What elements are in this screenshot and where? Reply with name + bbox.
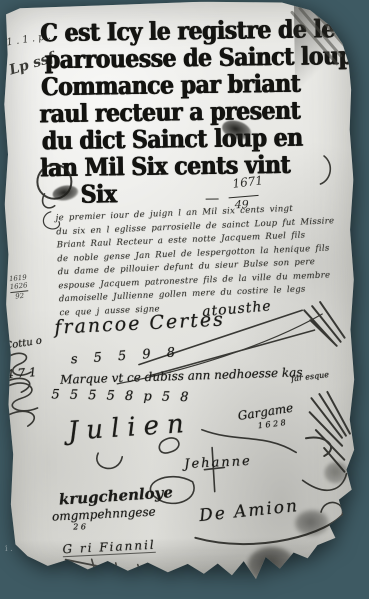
signature-marque-line: Marque vt ce dubiss ann nedhoesse kas: [60, 365, 303, 387]
signature-fiannil: G ri Fiannil: [62, 538, 156, 558]
ink-blot-right-edge: [324, 462, 348, 484]
ink-blot-bottom-middle: [248, 546, 296, 583]
margin-cottu-label: Cottu o: [4, 335, 43, 352]
margin-year-note: 1619 1626 92: [9, 273, 29, 301]
ink-blot-before-six: [52, 184, 80, 203]
signature-krugchenloye: krugchenloye: [58, 483, 173, 509]
margin-year-3: 92: [10, 291, 29, 301]
signature-deamion: De Amion: [198, 496, 300, 526]
photo-background: i . 1 . 1 . p . Lp ssf C est Icy le regi…: [0, 0, 369, 599]
date-fraction-dash: [206, 198, 219, 200]
signature-omg-number: 2 6: [73, 522, 86, 531]
signature-julien: Julien: [67, 409, 193, 447]
ink-blot-bottom-right: [295, 510, 329, 536]
torn-corner-shade: [294, 0, 353, 88]
signature-marks-1: s 5 5 9 8: [70, 345, 181, 367]
manuscript-page: 1 . 1 . p . Lp ssf C est Icy le registre…: [0, 0, 360, 593]
title-line-7: Six: [80, 180, 116, 210]
baptism-entry: je premier iour de juign l an Mil six ce…: [55, 201, 337, 320]
margin-cottu-number: 4 7 1: [6, 365, 38, 382]
signature-gargame-year: 1 6 2 8: [257, 418, 286, 430]
signature-jehanne: Jehanne: [184, 454, 252, 472]
date-fraction-numerator: 1671: [232, 173, 264, 191]
signature-marks-2: 5 5 5 5 8 p 5 8: [51, 387, 191, 405]
